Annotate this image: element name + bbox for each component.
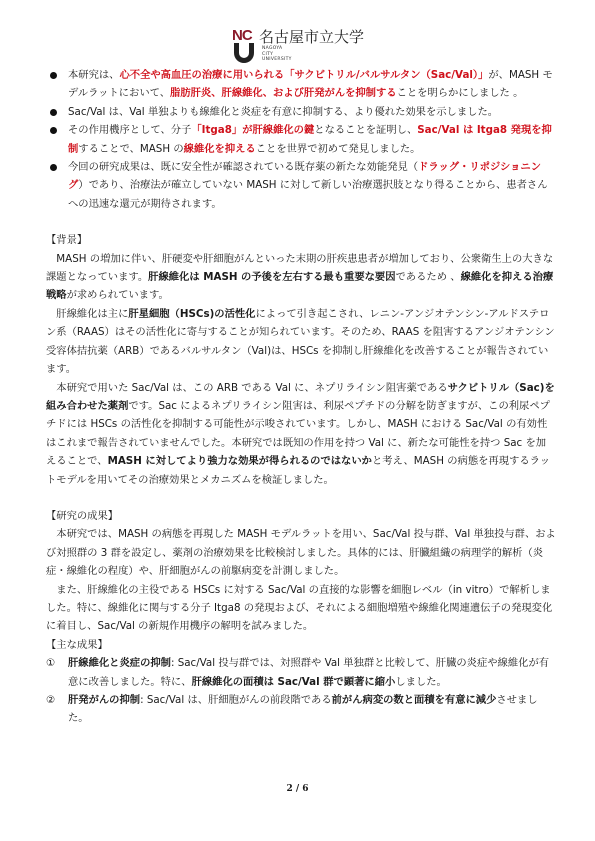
text-run: Sac/Val は、Val 単独よりも線維化と炎症を有意に抑制する、より優れた効… xyxy=(68,106,498,118)
emphasis-run: MASH に対してより強力な効果が得られるのではないか xyxy=(108,455,372,467)
paragraph: MASH の増加に伴い、肝硬変や肝細胞がんといった末期の肝疾患患者が増加しており… xyxy=(46,250,556,305)
result-text: 肝発がんの抑制: Sac/Val は、肝細胞がんの前段階である前がん病変の数と面… xyxy=(68,694,538,724)
text-run: となることを証明し、 xyxy=(314,124,417,136)
emphasis-run: 線維化を抑える xyxy=(184,143,256,155)
item-number: ② xyxy=(46,691,55,709)
paragraph: 本研究で用いた Sac/Val は、この ARB である Val に、ネプリライ… xyxy=(46,379,556,489)
en-line: UNIVERSITY xyxy=(262,57,292,63)
bullet-icon xyxy=(50,127,57,134)
highlight-item: 本研究は、心不全や高血圧の治療に用いられる「サクビトリル/バルサルタン（Sac/… xyxy=(46,66,556,103)
emphasis-run: 心不全や高血圧の治療に用いられる「サクビトリル/バルサルタン（Sac/Val）」 xyxy=(119,69,488,81)
section-heading-background: 【背景】 xyxy=(46,231,556,249)
text-run: また、肝線維化の主役である HSCs に対する Sac/Val の直接的な影響を… xyxy=(46,584,552,633)
text-run: 今回の研究成果は、既に安全性が確認されている既存薬の新たな効能発見（ xyxy=(68,161,418,173)
paragraph: 肝線維化は主に肝星細胞（HSCs)の活性化によって引き起こされ、レニン-アンジオ… xyxy=(46,305,556,379)
emphasis-run: 肝星細胞（HSCs)の活性化 xyxy=(128,308,255,320)
emphasis-run: 「Itga8」が肝線維化の鍵 xyxy=(191,124,314,136)
text-run: することで、MASH の xyxy=(78,143,183,155)
section-heading-results: 【研究の成果】 xyxy=(46,507,556,525)
logo-nc-text: NC xyxy=(232,28,252,43)
university-name-en: NAGOYA CITY UNIVERSITY xyxy=(262,46,292,63)
result-item: ①肝線維化と炎症の抑制: Sac/Val 投与群では、対照群や Val 単独群と… xyxy=(46,654,556,691)
emphasis-run: 肝線維化と炎症の抑制 xyxy=(68,657,171,669)
university-logo: NC 名古屋市立大学 NAGOYA CITY UNIVERSITY xyxy=(232,28,372,68)
text-run: が求められています。 xyxy=(67,289,169,301)
item-number: ① xyxy=(46,654,55,672)
text-run: であるため 、 xyxy=(396,271,461,283)
text-run: ）であり、治療法が確立していない MASH に対して新しい治療選択肢となり得るこ… xyxy=(68,179,548,209)
logo-u-shape xyxy=(234,43,254,63)
section-heading-main-results: 【主な成果】 xyxy=(46,636,556,654)
bullet-icon xyxy=(50,109,57,116)
logo-mark: NC xyxy=(232,28,258,66)
text-run: 本研究で用いた Sac/Val は、この ARB である Val に、ネプリライ… xyxy=(56,382,447,394)
text-run: ことを明らかにしました 。 xyxy=(397,87,524,99)
main-results-list: ①肝線維化と炎症の抑制: Sac/Val 投与群では、対照群や Val 単独群と… xyxy=(46,654,556,728)
emphasis-run: 脂肪肝炎、肝線維化、および肝発がんを抑制する xyxy=(170,87,397,99)
highlight-item: その作用機序として、分子「Itga8」が肝線維化の鍵となることを証明し、Sac/… xyxy=(46,121,556,158)
university-name: 名古屋市立大学 xyxy=(259,29,364,45)
text-run: 本研究は、 xyxy=(68,69,119,81)
highlight-text: 本研究は、心不全や高血圧の治療に用いられる「サクビトリル/バルサルタン（Sac/… xyxy=(68,69,553,99)
text-run: : Sac/Val は、肝細胞がんの前段階である xyxy=(140,694,332,706)
bullet-icon xyxy=(50,72,57,79)
text-run: その作用機序として、分子 xyxy=(68,124,191,136)
emphasis-run: 肝線維化の面積は Sac/Val 群で顕著に縮小 xyxy=(192,676,396,688)
highlights-list: 本研究は、心不全や高血圧の治療に用いられる「サクビトリル/バルサルタン（Sac/… xyxy=(46,66,556,213)
highlight-text: Sac/Val は、Val 単独よりも線維化と炎症を有意に抑制する、より優れた効… xyxy=(68,106,498,118)
result-text: 肝線維化と炎症の抑制: Sac/Val 投与群では、対照群や Val 単独群と比… xyxy=(68,657,549,687)
emphasis-run: 肝発がんの抑制 xyxy=(68,694,140,706)
highlight-text: その作用機序として、分子「Itga8」が肝線維化の鍵となることを証明し、Sac/… xyxy=(68,124,552,154)
emphasis-run: 肝線維化は MASH の予後を左右する最も重要な要因 xyxy=(148,271,395,283)
document-body: 本研究は、心不全や高血圧の治療に用いられる「サクビトリル/バルサルタン（Sac/… xyxy=(46,66,556,728)
highlight-item: Sac/Val は、Val 単独よりも線維化と炎症を有意に抑制する、より優れた効… xyxy=(46,103,556,121)
paragraph: 本研究では、MASH の病態を再現した MASH モデルラットを用い、Sac/V… xyxy=(46,525,556,580)
text-run: ことを世界で初めて発見しました。 xyxy=(256,143,421,155)
highlight-text: 今回の研究成果は、既に安全性が確認されている既存薬の新たな効能発見（ドラッグ・リ… xyxy=(68,161,548,210)
text-run: 本研究では、MASH の病態を再現した MASH モデルラットを用い、Sac/V… xyxy=(46,528,556,577)
page-indicator: 2 / 6 xyxy=(0,784,595,794)
highlight-item: 今回の研究成果は、既に安全性が確認されている既存薬の新たな効能発見（ドラッグ・リ… xyxy=(46,158,556,213)
result-item: ②肝発がんの抑制: Sac/Val は、肝細胞がんの前段階である前がん病変の数と… xyxy=(46,691,556,728)
emphasis-run: 前がん病変の数と面積を有意に減少 xyxy=(332,694,497,706)
text-run: 肝線維化は主に xyxy=(56,308,128,320)
bullet-icon xyxy=(50,164,57,171)
paragraph: また、肝線維化の主役である HSCs に対する Sac/Val の直接的な影響を… xyxy=(46,581,556,636)
text-run: しました。 xyxy=(395,676,446,688)
